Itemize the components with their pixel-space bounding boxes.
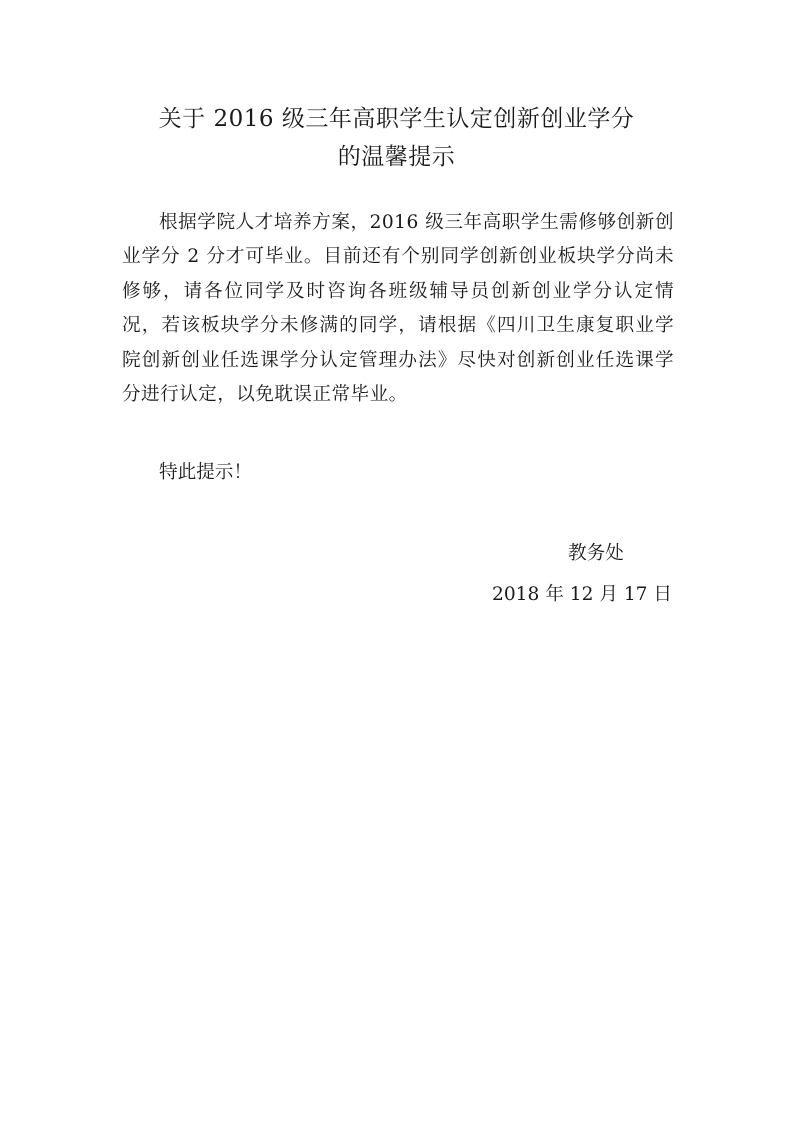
closing-remark: 特此提示！	[159, 456, 252, 490]
document-title-line-2: 的温馨提示	[0, 142, 793, 172]
body-paragraph: 根据学院人才培养方案，2016 级三年高职学生需修够创新创业学分 2 分才可毕业…	[122, 206, 674, 412]
document-date: 2018 年 12 月 17 日	[492, 578, 672, 612]
document-page: 关于 2016 级三年高职学生认定创新创业学分 的温馨提示 根据学院人才培养方案…	[0, 0, 793, 1122]
document-title-line-1: 关于 2016 级三年高职学生认定创新创业学分	[0, 104, 793, 134]
signature-office: 教务处	[568, 537, 624, 571]
